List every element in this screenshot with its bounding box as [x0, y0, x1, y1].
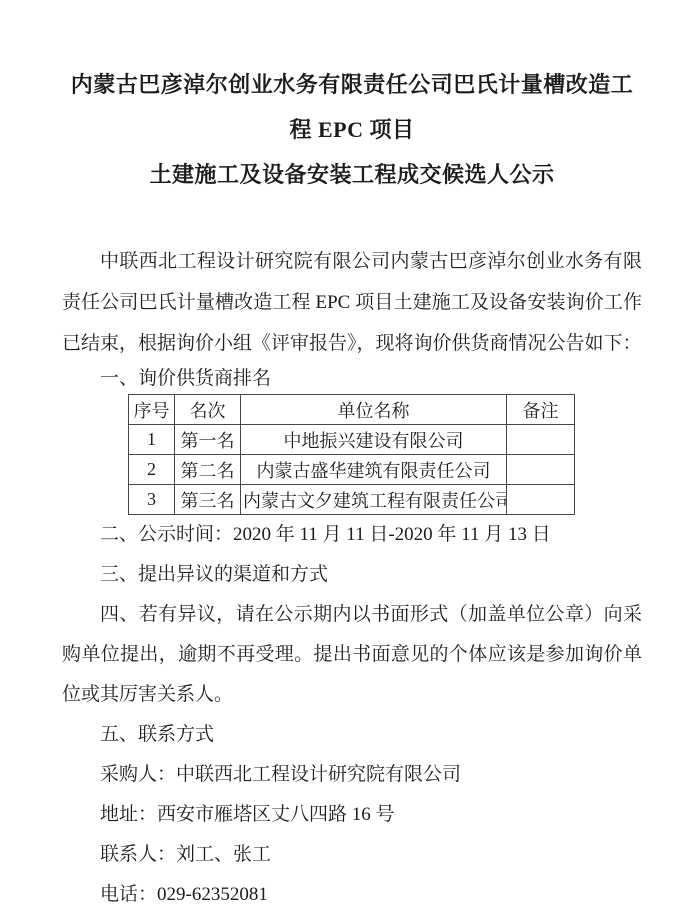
document-title-line-2: 土建施工及设备安装工程成交候选人公示 [62, 152, 642, 197]
cell-no: 3 [129, 485, 175, 515]
section-5-contact-heading: 五、联系方式 [62, 715, 642, 755]
section-4-objection-rules: 四、若有异议，请在公示期内以书面形式（加盖单位公章）向采购单位提出，逾期不再受理… [62, 595, 642, 715]
table-row: 2 第二名 内蒙古盛华建筑有限责任公司 [129, 455, 575, 485]
cell-rank: 第三名 [175, 485, 241, 515]
cell-remark [507, 425, 575, 455]
header-cell-no: 序号 [129, 395, 175, 425]
cell-no: 1 [129, 425, 175, 455]
section-3-objection-channel: 三、提出异议的渠道和方式 [62, 555, 642, 595]
cell-company: 内蒙古文夕建筑工程有限责任公司 [241, 485, 507, 515]
contact-persons: 联系人：刘工、张工 [62, 835, 642, 875]
header-cell-company: 单位名称 [241, 395, 507, 425]
cell-rank: 第二名 [175, 455, 241, 485]
document-page: 内蒙古巴彦淖尔创业水务有限责任公司巴氏计量槽改造工程 EPC 项目 土建施工及设… [0, 0, 700, 919]
section-1-heading: 一、询价供货商排名 [62, 364, 642, 394]
cell-company: 中地振兴建设有限公司 [241, 425, 507, 455]
document-title: 内蒙古巴彦淖尔创业水务有限责任公司巴氏计量槽改造工程 EPC 项目 土建施工及设… [62, 62, 642, 197]
ranking-table-header-row: 序号 名次 单位名称 备注 [129, 395, 575, 425]
contact-buyer: 采购人：中联西北工程设计研究院有限公司 [62, 755, 642, 795]
intro-paragraph: 中联西北工程设计研究院有限公司内蒙古巴彦淖尔创业水务有限责任公司巴氏计量槽改造工… [62, 241, 642, 364]
table-row: 3 第三名 内蒙古文夕建筑工程有限责任公司 [129, 485, 575, 515]
header-cell-rank: 名次 [175, 395, 241, 425]
header-cell-remark: 备注 [507, 395, 575, 425]
cell-company: 内蒙古盛华建筑有限责任公司 [241, 455, 507, 485]
cell-remark [507, 455, 575, 485]
contact-address: 地址：西安市雁塔区丈八四路 16 号 [62, 795, 642, 835]
cell-no: 2 [129, 455, 175, 485]
contact-phone: 电话：029-62352081 [62, 875, 642, 915]
section-2-publicity-period: 二、公示时间：2020 年 11 月 11 日-2020 年 11 月 13 日 [62, 515, 642, 555]
document-title-line-1: 内蒙古巴彦淖尔创业水务有限责任公司巴氏计量槽改造工程 EPC 项目 [62, 62, 642, 152]
cell-remark [507, 485, 575, 515]
table-row: 1 第一名 中地振兴建设有限公司 [129, 425, 575, 455]
ranking-table: 序号 名次 单位名称 备注 1 第一名 中地振兴建设有限公司 2 第二名 内蒙古… [128, 394, 575, 515]
cell-rank: 第一名 [175, 425, 241, 455]
